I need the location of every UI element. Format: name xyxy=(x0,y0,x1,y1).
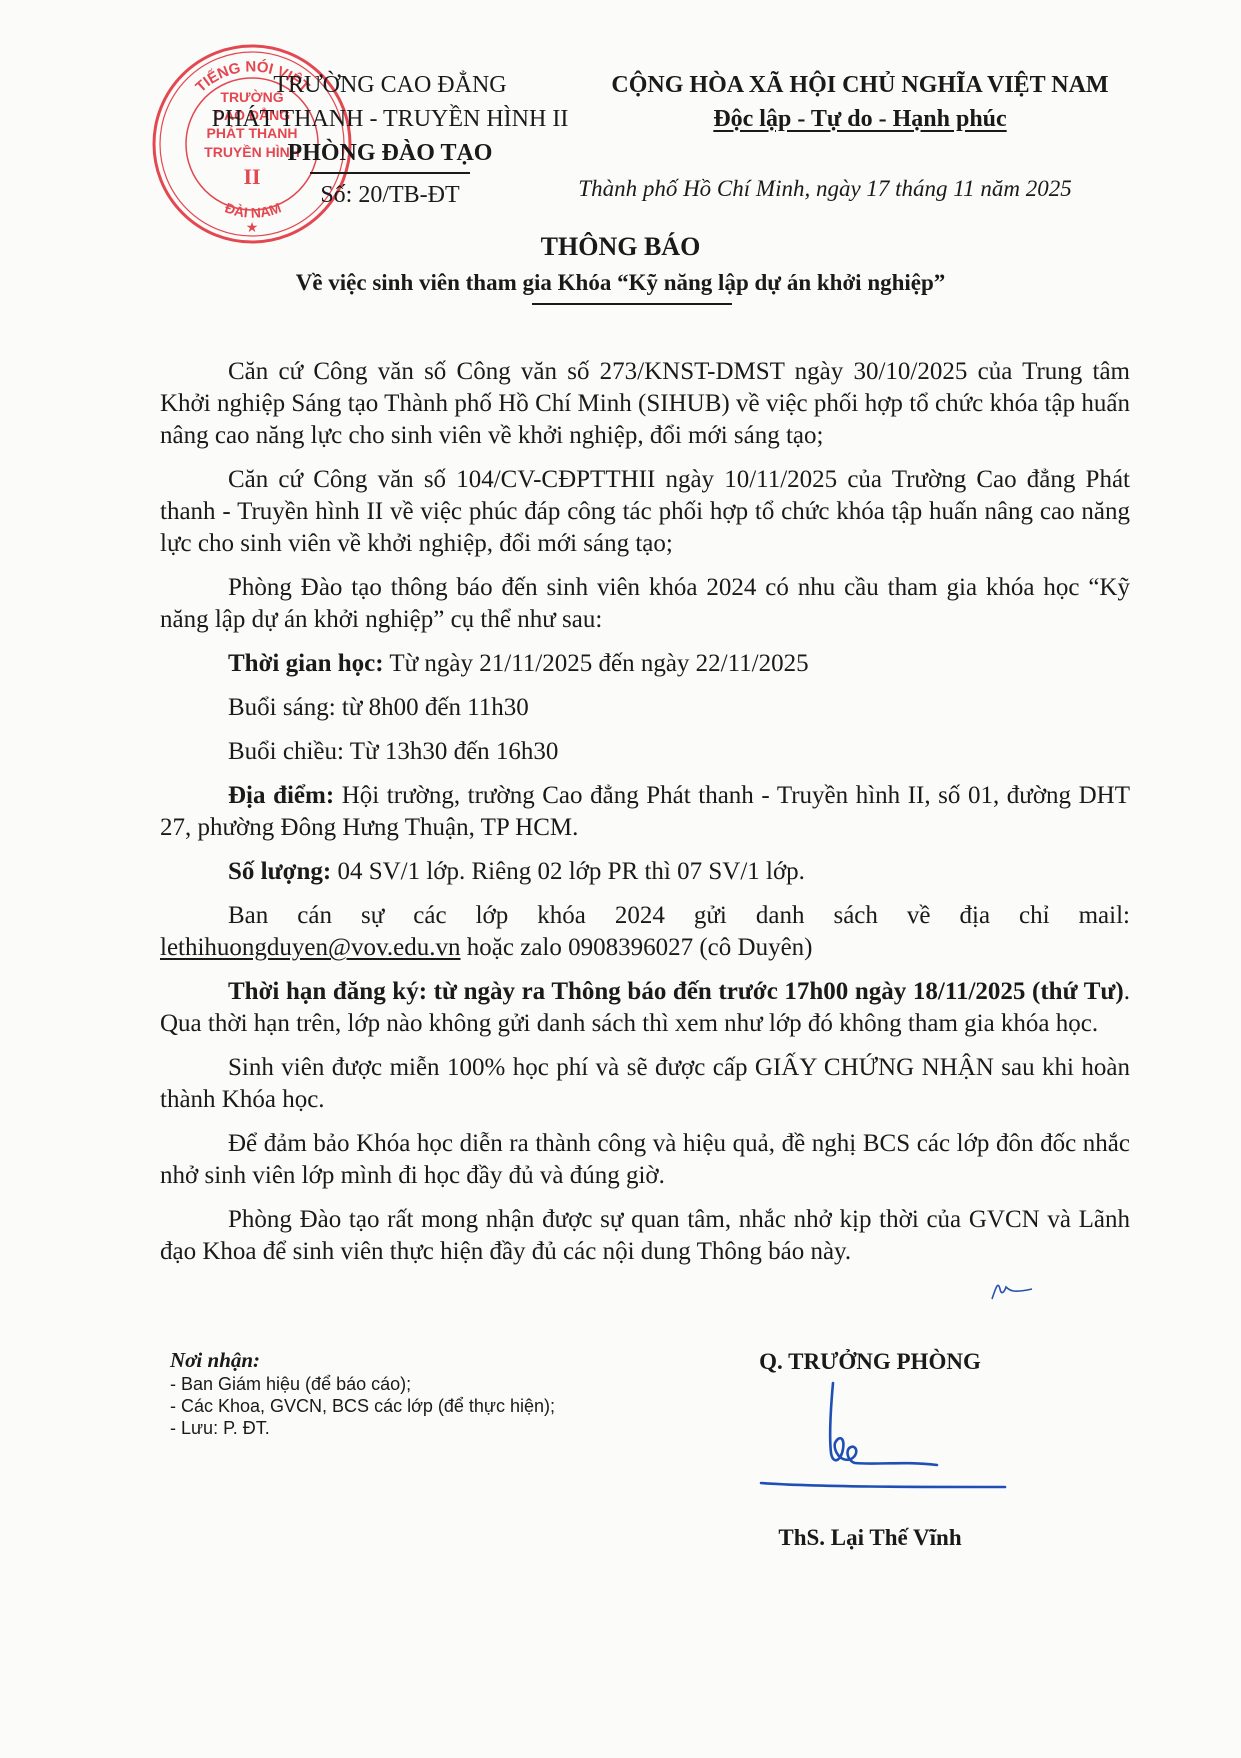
recipient-item: - Lưu: P. ĐT. xyxy=(170,1417,630,1439)
department-underline xyxy=(310,172,470,174)
initials-mark xyxy=(988,1275,1038,1305)
registration-deadline: Thời hạn đăng ký: từ ngày ra Thông báo đ… xyxy=(160,976,1130,1040)
signer-position: Q. TRƯỞNG PHÒNG xyxy=(700,1349,1040,1375)
title-underline xyxy=(532,303,732,305)
course-time-value: Từ ngày 21/11/2025 đến ngày 22/11/2025 xyxy=(384,650,809,677)
org-name-line1: TRƯỜNG CAO ĐẲNG xyxy=(190,68,590,102)
morning-session: Buổi sáng: từ 8h00 đến 11h30 xyxy=(160,692,1130,724)
department-name: PHÒNG ĐÀO TẠO xyxy=(288,136,493,170)
recipients-block: Nơi nhận: - Ban Giám hiệu (để báo cáo); … xyxy=(170,1349,630,1439)
submission-instructions: Ban cán sự các lớp khóa 2024 gửi danh sá… xyxy=(160,900,1130,964)
submission-text: Ban cán sự các lớp khóa 2024 gửi danh sá… xyxy=(228,902,1130,929)
recipient-item: - Các Khoa, GVCN, BCS các lớp (để thực h… xyxy=(170,1395,630,1417)
deadline-label: Thời hạn đăng ký: từ ngày ra Thông báo đ… xyxy=(228,978,1124,1005)
course-quantity: Số lượng: 04 SV/1 lớp. Riêng 02 lớp PR t… xyxy=(160,856,1130,888)
signer-name: ThS. Lại Thế Vĩnh xyxy=(700,1525,1040,1551)
place-date: Thành phố Hồ Chí Minh, ngày 17 tháng 11 … xyxy=(550,176,1100,202)
course-location: Địa điểm: Hội trường, trường Cao đẳng Ph… xyxy=(160,780,1130,844)
handwritten-signature xyxy=(755,1375,1015,1495)
nation-title: CỘNG HÒA XÃ HỘI CHỦ NGHĨA VIỆT NAM xyxy=(590,68,1130,102)
national-motto: Độc lập - Tự do - Hạnh phúc xyxy=(713,102,1006,136)
document-title: THÔNG BÁO xyxy=(0,232,1241,262)
issuer-header: TRƯỜNG CAO ĐẲNG PHÁT THANH - TRUYỀN HÌNH… xyxy=(190,68,590,212)
document-body: Căn cứ Công văn số Công văn số 273/KNST-… xyxy=(160,356,1130,1280)
national-header: CỘNG HÒA XÃ HỘI CHỦ NGHĨA VIỆT NAM Độc l… xyxy=(590,68,1130,136)
document-subtitle: Về việc sinh viên tham gia Khóa “Kỹ năng… xyxy=(0,270,1241,296)
quantity-value: 04 SV/1 lớp. Riêng 02 lớp PR thì 07 SV/1… xyxy=(331,858,805,885)
paragraph-basis-1: Căn cứ Công văn số Công văn số 273/KNST-… xyxy=(160,356,1130,452)
document-number: Số: 20/TB-ĐT xyxy=(190,178,590,212)
paragraph-announcement: Phòng Đào tạo thông báo đến sinh viên kh… xyxy=(160,572,1130,636)
course-time-label: Thời gian học: xyxy=(228,650,384,677)
recipients-title: Nơi nhận: xyxy=(170,1349,630,1371)
course-time: Thời gian học: Từ ngày 21/11/2025 đến ng… xyxy=(160,648,1130,680)
contact-email-link[interactable]: lethihuongduyen@vov.edu.vn xyxy=(160,934,461,961)
org-name-line2: PHÁT THANH - TRUYỀN HÌNH II xyxy=(190,102,590,136)
location-label: Địa điểm: xyxy=(228,782,334,809)
attendance-request: Để đảm bảo Khóa học diễn ra thành công v… xyxy=(160,1128,1130,1192)
fee-certificate: Sinh viên được miễn 100% học phí và sẽ đ… xyxy=(160,1052,1130,1116)
quantity-label: Số lượng: xyxy=(228,858,331,885)
recipient-item: - Ban Giám hiệu (để báo cáo); xyxy=(170,1373,630,1395)
afternoon-session: Buổi chiều: Từ 13h30 đến 16h30 xyxy=(160,736,1130,768)
submission-contact: hoặc zalo 0908396027 (cô Duyên) xyxy=(461,934,813,961)
closing-paragraph: Phòng Đào tạo rất mong nhận được sự quan… xyxy=(160,1204,1130,1268)
paragraph-basis-2: Căn cứ Công văn số 104/CV-CĐPTTHII ngày … xyxy=(160,464,1130,560)
